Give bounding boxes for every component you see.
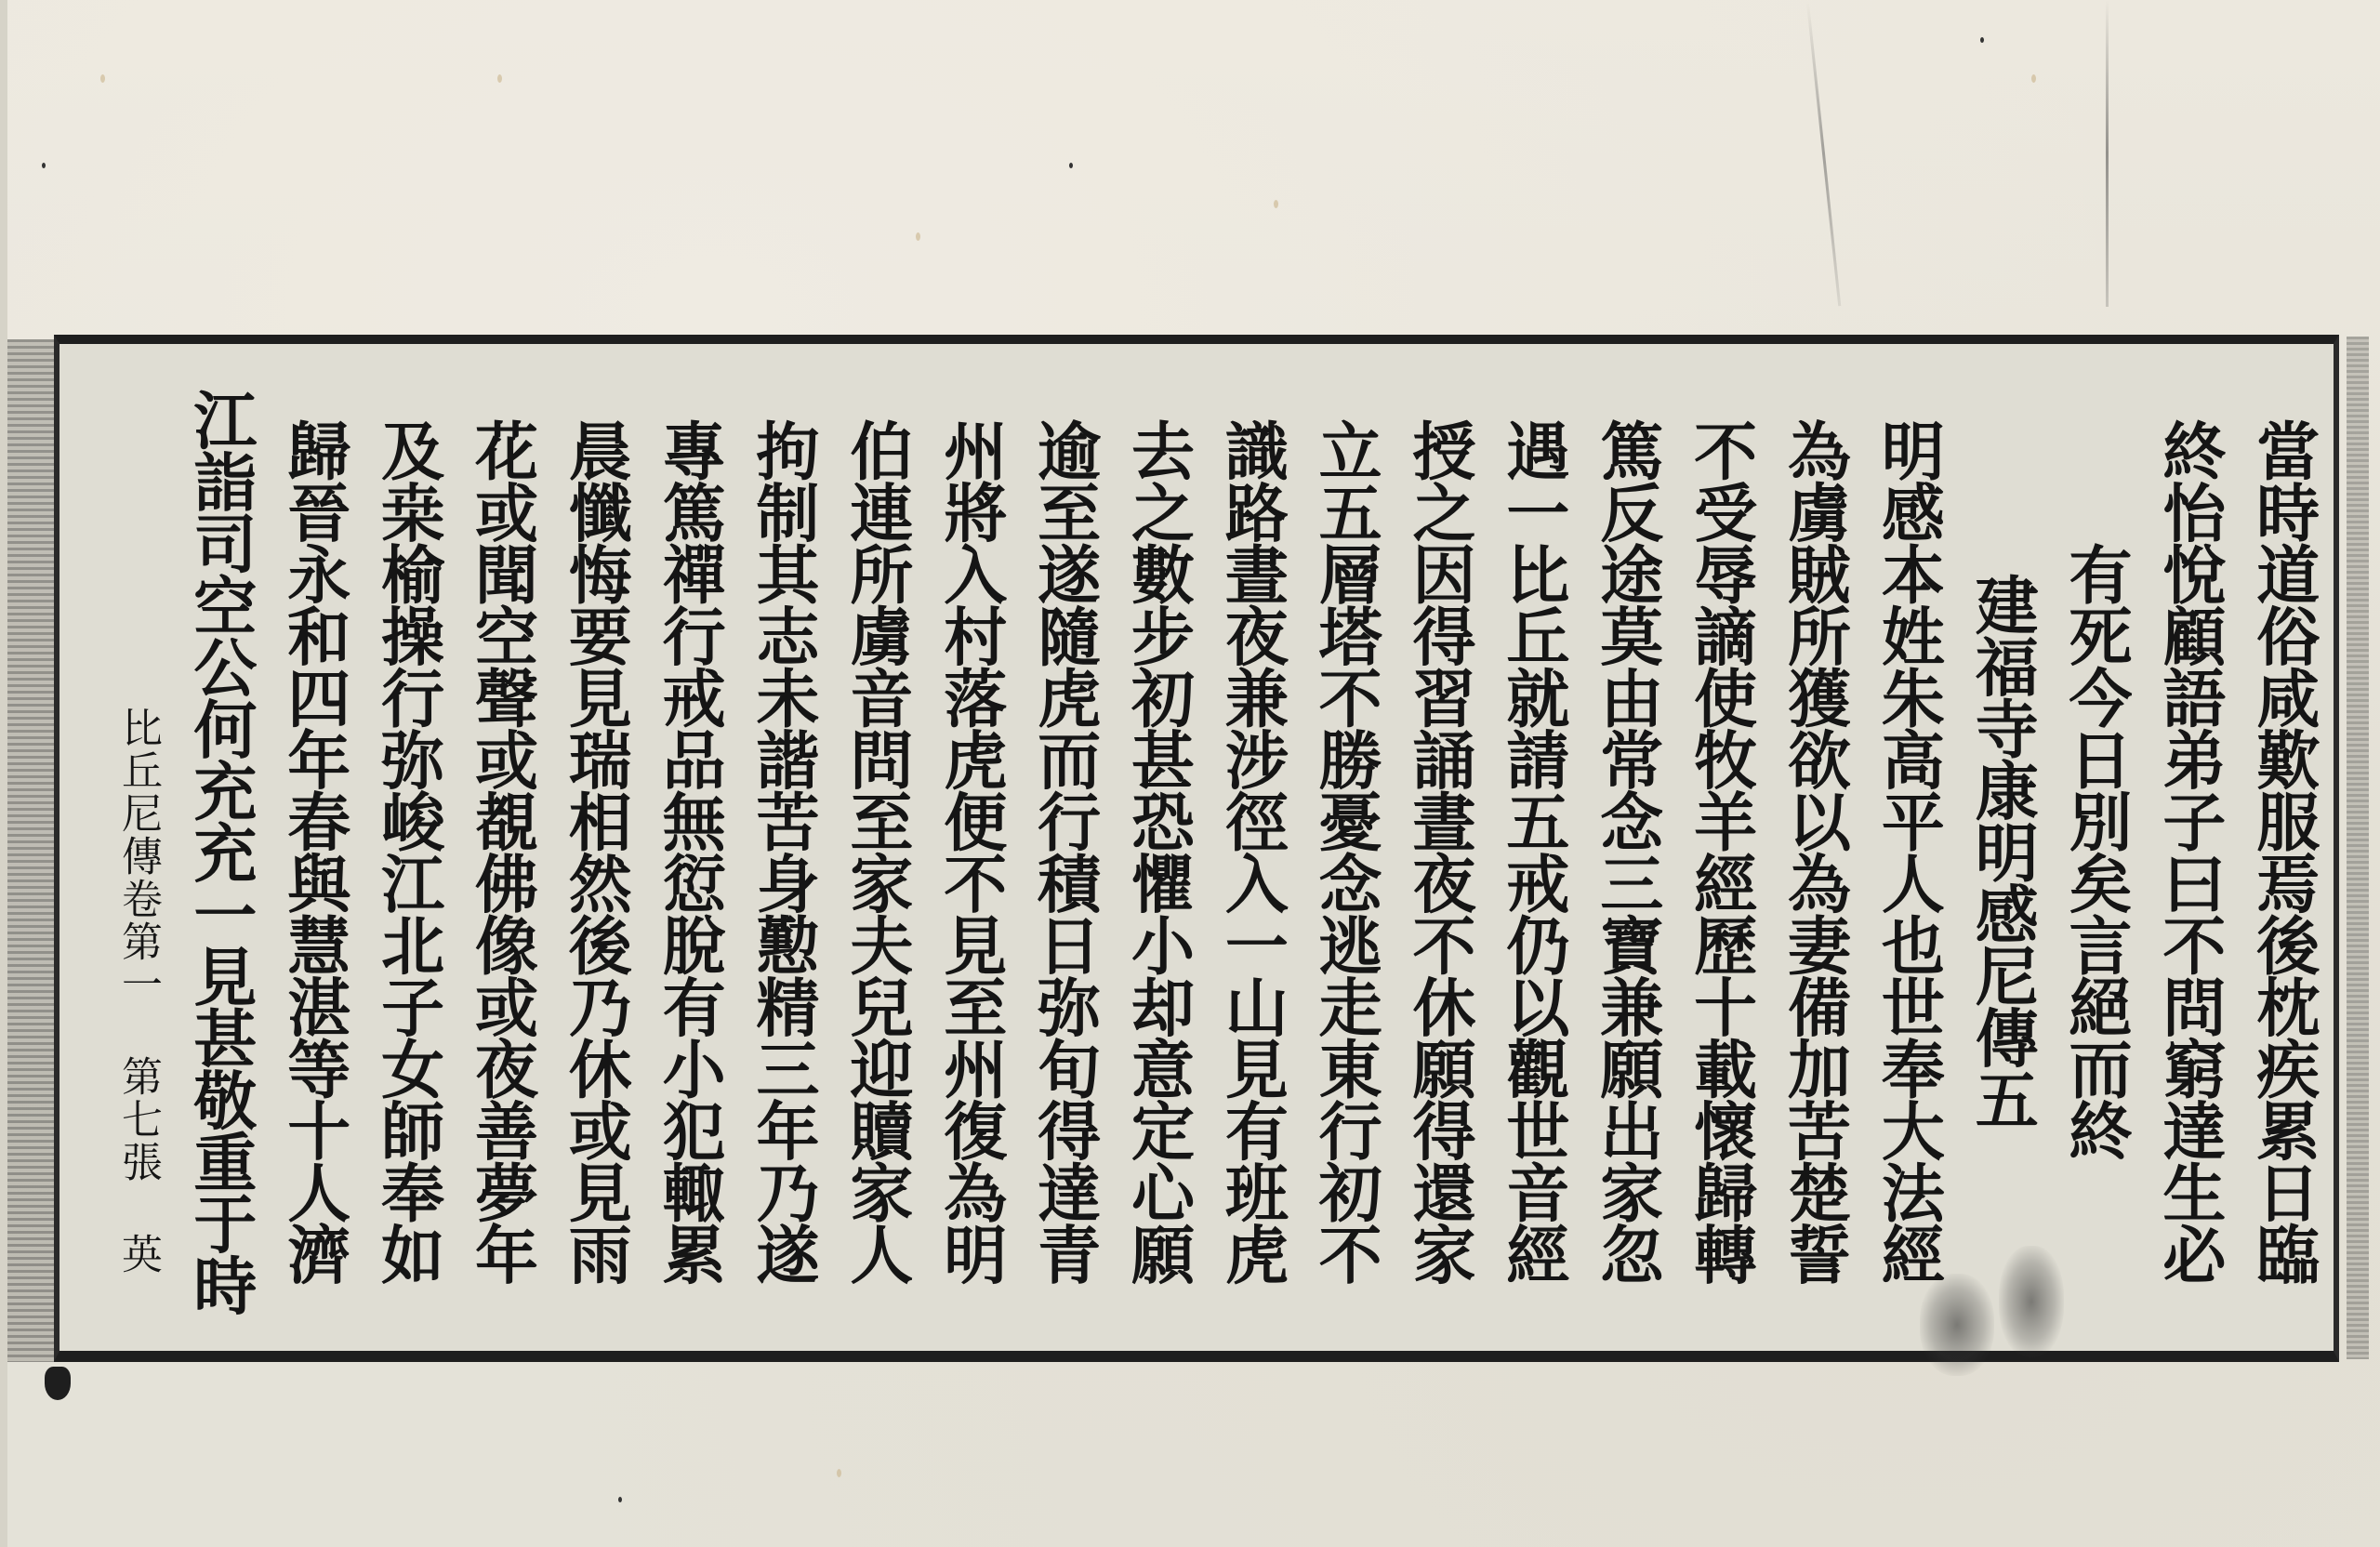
column-text: 花或聞空聲或覩佛像或夜善夢年: [440, 418, 533, 1284]
text-column: 去之數步初甚恐懼小却意定心願: [1096, 351, 1189, 1351]
column-text: 明感本姓朱高平人也世奉大法經: [1846, 418, 1939, 1284]
column-text: 拘制其志未諧苦身懃精三年乃遂: [721, 418, 814, 1284]
text-column: 及桒榆操行弥峻江北子女師奉如: [347, 351, 440, 1351]
paper-fleck: [100, 74, 105, 83]
text-column: 篤反途莫由常念三寶兼願出家忽: [1566, 351, 1659, 1351]
sheet-edge: [0, 0, 7, 1547]
text-column: 晨懺悔要見瑞相然後乃休或見雨: [534, 351, 627, 1351]
text-column: 立五層塔不勝憂念逃走東行初不: [1284, 351, 1377, 1351]
column-text: 終怡悅顧語弟子曰不問窮達生必: [2128, 418, 2221, 1284]
text-column: 遇一比丘就請五戒仍以觀世音經: [1472, 351, 1565, 1351]
ink-blot: [45, 1367, 71, 1400]
text-column: 拘制其志未諧苦身懃精三年乃遂: [721, 351, 814, 1351]
text-column: 伯連所虜音問至家夫兒迎贖家人: [815, 351, 908, 1351]
column-text: 去之數步初甚恐懼小却意定心願: [1096, 418, 1189, 1284]
paper-fleck: [497, 74, 502, 83]
text-columns: 當時道俗咸歎服焉後枕疾累日臨 終怡悅顧語弟子曰不問窮達生必 有死今日別矣言絕而終…: [102, 351, 2315, 1351]
column-text: 江詣司空公何充充一見甚敬重于時: [159, 388, 252, 1316]
column-text: 州將入村落虎便不見至州復為明: [909, 418, 1002, 1284]
text-column: 識路晝夜兼涉徑入一山見有班虎: [1190, 351, 1283, 1351]
ink-speck: [42, 163, 46, 168]
column-text: 不受辱謫使牧羊經歷十載懷歸轉: [1659, 418, 1752, 1284]
text-column: 有死今日別矣言絕而終: [2034, 351, 2127, 1351]
column-text: 篤反途莫由常念三寶兼願出家忽: [1566, 418, 1659, 1284]
column-text: 逾至遂隨虎而行積日弥旬得達青: [1003, 418, 1096, 1284]
text-column: 明感本姓朱高平人也世奉大法經: [1846, 351, 1939, 1351]
frame-rubbing-left: [7, 339, 54, 1362]
text-column: 不受辱謫使牧羊經歷十載懷歸轉: [1659, 351, 1752, 1351]
column-text: 歸晉永和四年春與慧湛等十人濟: [253, 418, 346, 1284]
column-text: 有死今日別矣言絕而終: [2034, 542, 2127, 1160]
text-column: 專篤禪行戒品無愆脫有小犯輙累: [628, 351, 721, 1351]
text-column: 花或聞空聲或覩佛像或夜善夢年: [440, 351, 533, 1351]
colophon-text: 比丘尼傳卷第一 第七張 英: [102, 707, 158, 1276]
column-text: 伯連所虜音問至家夫兒迎贖家人: [815, 418, 908, 1284]
column-text: 遇一比丘就請五戒仍以觀世音經: [1472, 418, 1565, 1284]
column-text: 當時道俗咸歎服焉後枕疾累日臨: [2222, 418, 2315, 1284]
column-text: 為虜賊所獲欲以為妻備加苦楚誓: [1752, 418, 1845, 1284]
paper-fleck: [1274, 200, 1278, 208]
chapter-heading: 建福寺康明感尼傳五: [1940, 573, 2033, 1130]
text-column: 授之因得習誦晝夜不休願得還家: [1378, 351, 1471, 1351]
text-column: 歸晉永和四年春與慧湛等十人濟: [253, 351, 346, 1351]
text-column: 州將入村落虎便不見至州復為明: [909, 351, 1002, 1351]
frame-rubbing-right: [2347, 337, 2369, 1359]
text-column: 江詣司空公何充充一見甚敬重于時: [159, 351, 252, 1351]
text-column: 終怡悅顧語弟子曰不問窮達生必: [2128, 351, 2221, 1351]
column-text: 專篤禪行戒品無愆脫有小犯輙累: [628, 418, 721, 1284]
paper-fleck: [2031, 74, 2036, 83]
text-column: 當時道俗咸歎服焉後枕疾累日臨: [2222, 351, 2315, 1351]
ink-speck: [1069, 163, 1073, 168]
text-column: 逾至遂隨虎而行積日弥旬得達青: [1003, 351, 1096, 1351]
paper-fleck: [916, 232, 920, 241]
column-text: 識路晝夜兼涉徑入一山見有班虎: [1190, 418, 1283, 1284]
column-text: 及桒榆操行弥峻江北子女師奉如: [347, 418, 440, 1284]
column-text: 授之因得習誦晝夜不休願得還家: [1378, 418, 1471, 1284]
ink-speck: [618, 1497, 622, 1502]
column-text: 晨懺悔要見瑞相然後乃休或見雨: [534, 418, 627, 1284]
paper-crease: [2106, 0, 2109, 307]
text-column: 建福寺康明感尼傳五: [1940, 351, 2033, 1351]
text-column: 為虜賊所獲欲以為妻備加苦楚誓: [1752, 351, 1845, 1351]
ink-speck: [1980, 37, 1984, 43]
paper-fleck: [837, 1469, 841, 1477]
colophon-column: 比丘尼傳卷第一 第七張 英: [102, 351, 158, 1351]
column-text: 立五層塔不勝憂念逃走東行初不: [1284, 418, 1377, 1284]
